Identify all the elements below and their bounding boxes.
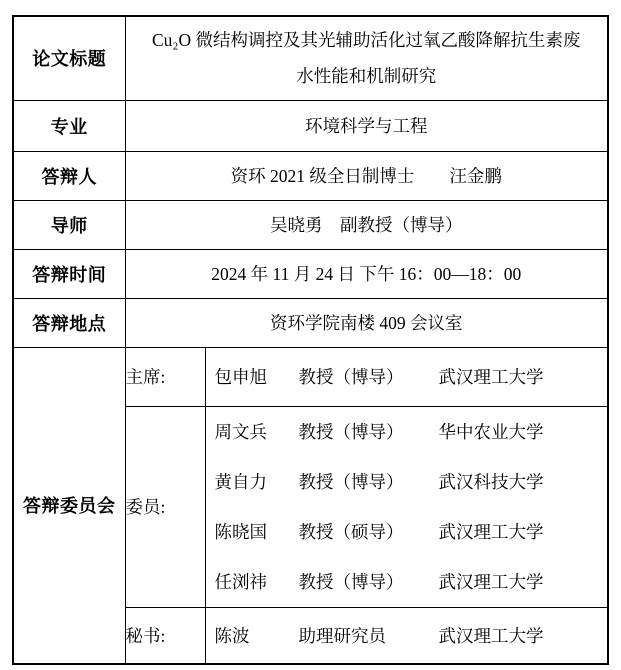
member-name: 黄自力 [215,469,299,494]
defender-value: 资环 2021 级全日制博士 汪金鹏 [125,151,608,200]
committee-chair-cell: 包申旭 教授（博导） 武汉理工大学 [205,347,608,406]
row-label-major: 专业 [13,100,125,151]
defense-place-value: 资环学院南楼 409 会议室 [125,298,608,347]
thesis-title-line-2: 水性能和机制研究 [126,58,608,94]
member-title: 助理研究员 [299,623,439,648]
table-row-committee-chair: 答辩委员会 主席: 包申旭 教授（博导） 武汉理工大学 [13,347,608,406]
row-label-advisor: 导师 [13,200,125,249]
row-label-defense-place: 答辩地点 [13,298,125,347]
committee-member-row: 包申旭 教授（博导） 武汉理工大学 [206,364,608,389]
table-row-advisor: 导师 吴晓勇 副教授（博导） [13,200,608,249]
committee-members-cell: 周文兵 教授（博导） 华中农业大学 黄自力 教授（博导） 武汉科技大学 陈晓国 … [205,406,608,607]
committee-member-row: 陈晓国 教授（硕导） 武汉理工大学 [206,507,608,557]
member-affiliation: 华中农业大学 [439,419,544,444]
member-affiliation: 武汉科技大学 [439,469,544,494]
advisor-value: 吴晓勇 副教授（博导） [125,200,608,249]
thesis-title-cell: Cu₂O 微结构调控及其光辅助活化过氧乙酸降解抗生素废 水性能和机制研究 [125,16,608,100]
major-value: 环境科学与工程 [125,100,608,151]
member-title: 教授（硕导） [299,519,439,544]
member-title: 教授（博导） [299,419,439,444]
member-affiliation: 武汉理工大学 [439,364,544,389]
member-name: 包申旭 [215,364,299,389]
defense-time-value: 2024 年 11 月 24 日 下午 16：00—18：00 [125,249,608,298]
member-affiliation: 武汉理工大学 [439,569,544,594]
member-title: 教授（博导） [299,569,439,594]
thesis-title-line-1: Cu₂O 微结构调控及其光辅助活化过氧乙酸降解抗生素废 [126,22,608,58]
member-title: 教授（博导） [299,364,439,389]
table-row-defense-time: 答辩时间 2024 年 11 月 24 日 下午 16：00—18：00 [13,249,608,298]
committee-role-members: 委员: [125,406,205,607]
committee-member-row: 陈波 助理研究员 武汉理工大学 [206,623,608,648]
thesis-defense-table: 论文标题 Cu₂O 微结构调控及其光辅助活化过氧乙酸降解抗生素废 水性能和机制研… [12,15,609,665]
member-name: 陈波 [215,623,299,648]
table-row-major: 专业 环境科学与工程 [13,100,608,151]
table-row-defense-place: 答辩地点 资环学院南楼 409 会议室 [13,298,608,347]
committee-secretary-cell: 陈波 助理研究员 武汉理工大学 [205,607,608,664]
row-label-thesis-title: 论文标题 [13,16,125,100]
member-affiliation: 武汉理工大学 [439,519,544,544]
row-label-defense-time: 答辩时间 [13,249,125,298]
committee-member-row: 周文兵 教授（博导） 华中农业大学 [206,407,608,457]
member-name: 周文兵 [215,419,299,444]
row-label-committee: 答辩委员会 [13,347,125,664]
committee-role-chair: 主席: [125,347,205,406]
table-row-defender: 答辩人 资环 2021 级全日制博士 汪金鹏 [13,151,608,200]
member-title: 教授（博导） [299,469,439,494]
committee-role-secretary: 秘书: [125,607,205,664]
committee-member-row: 黄自力 教授（博导） 武汉科技大学 [206,457,608,507]
member-name: 任浏祎 [215,569,299,594]
committee-member-row: 任浏祎 教授（博导） 武汉理工大学 [206,557,608,607]
member-name: 陈晓国 [215,519,299,544]
member-affiliation: 武汉理工大学 [439,623,544,648]
table-row-thesis-title: 论文标题 Cu₂O 微结构调控及其光辅助活化过氧乙酸降解抗生素废 水性能和机制研… [13,16,608,100]
row-label-defender: 答辩人 [13,151,125,200]
